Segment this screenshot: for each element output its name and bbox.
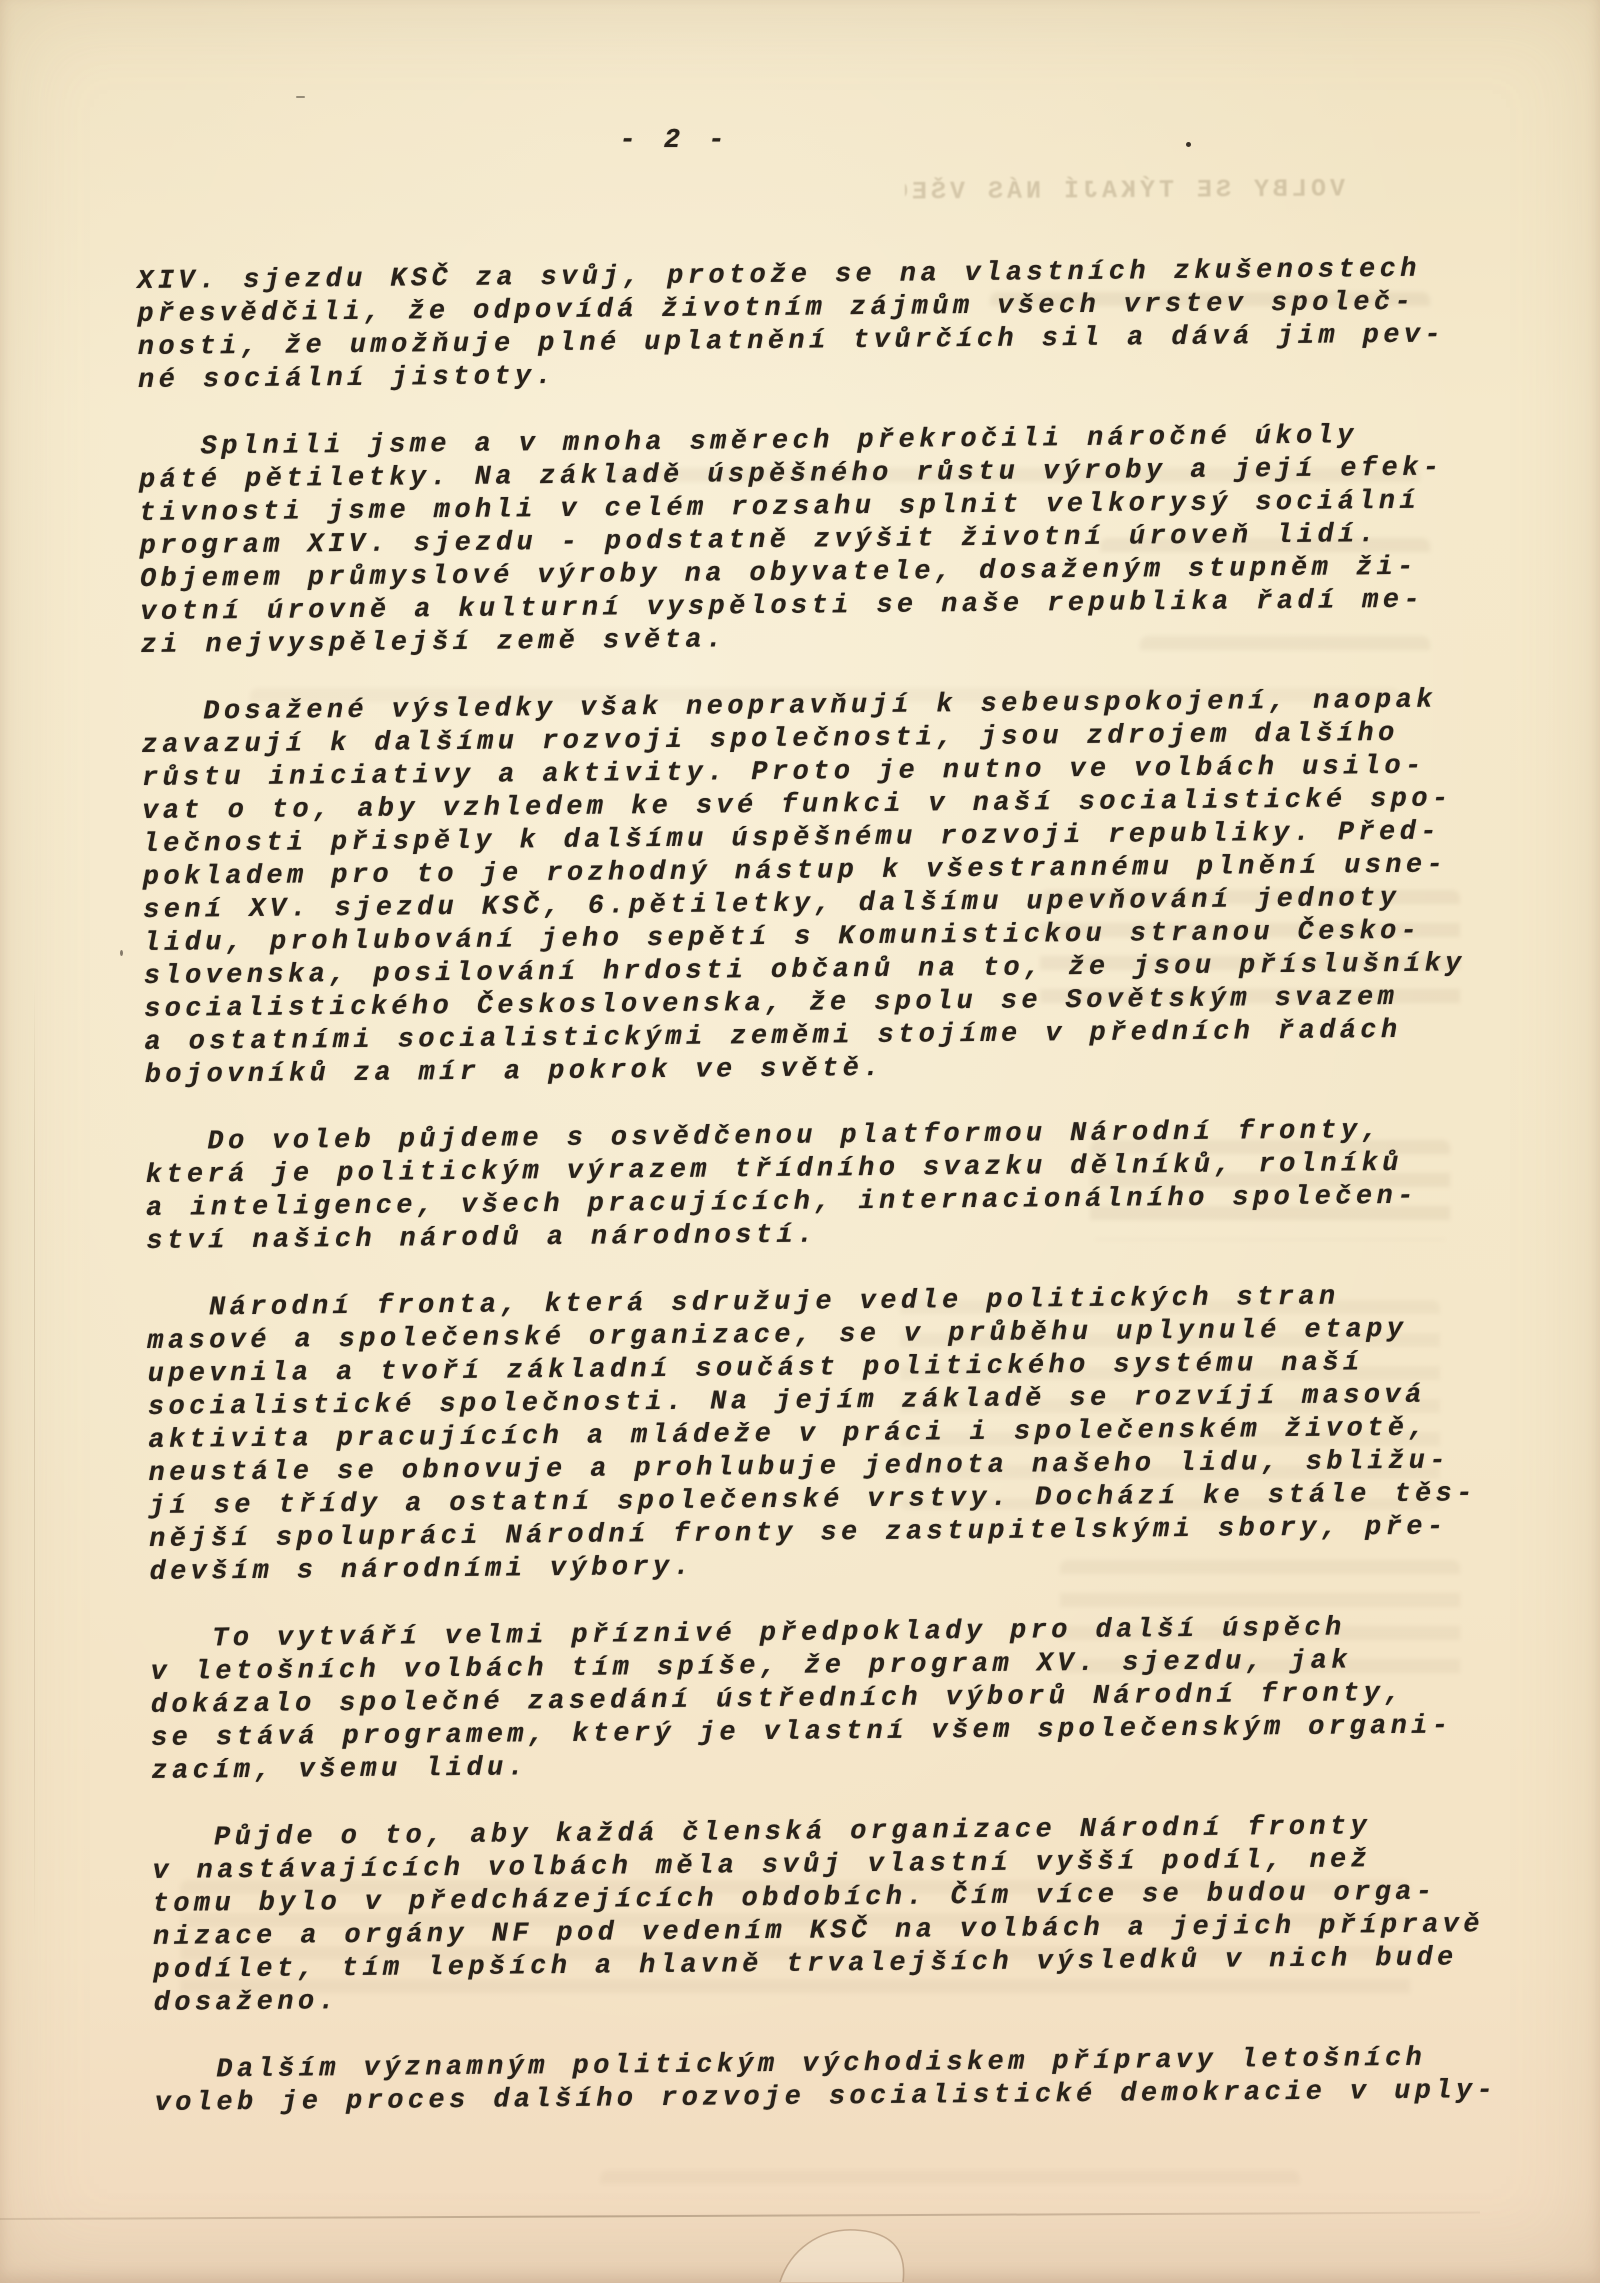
scanned-page: VOLBY SE TÝKAJÍ NÁS VŠECH - 2 - XIV. sje… <box>0 0 1600 2283</box>
fold-mark <box>755 2216 965 2282</box>
bleedthrough-header: VOLBY SE TÝKAJÍ NÁS VŠECH <box>905 174 1345 206</box>
paragraph: Národní fronta, která sdružuje vedle pol… <box>147 1280 1490 1590</box>
paragraph: Dosažené výsledky však neopravňují k seb… <box>141 684 1485 1093</box>
document-body: XIV. sjezdu KSČ za svůj, protože se na v… <box>137 253 1495 2121</box>
ink-speck <box>1186 142 1191 147</box>
vertical-crease <box>34 980 35 1940</box>
paragraph: Do voleb půjdeme s osvědčenou platformou… <box>145 1114 1486 1259</box>
paragraph: To vytváří velmi příznivé předpoklady pr… <box>150 1611 1492 1789</box>
page-number: - 2 - <box>585 126 765 156</box>
paragraph: Splnili jsme a v mnoha směrech překročil… <box>139 419 1481 663</box>
ink-speck <box>120 950 123 956</box>
bottom-hairline <box>0 2212 1480 2220</box>
bleedthrough-smudge <box>600 2170 1300 2200</box>
paragraph: Dalším významným politickým východiskem … <box>154 2042 1495 2121</box>
paragraph: Půjde o to, aby každá členská organizace… <box>152 1810 1494 2021</box>
ink-speck <box>296 96 305 98</box>
paragraph: XIV. sjezdu KSČ za svůj, protože se na v… <box>137 253 1478 398</box>
